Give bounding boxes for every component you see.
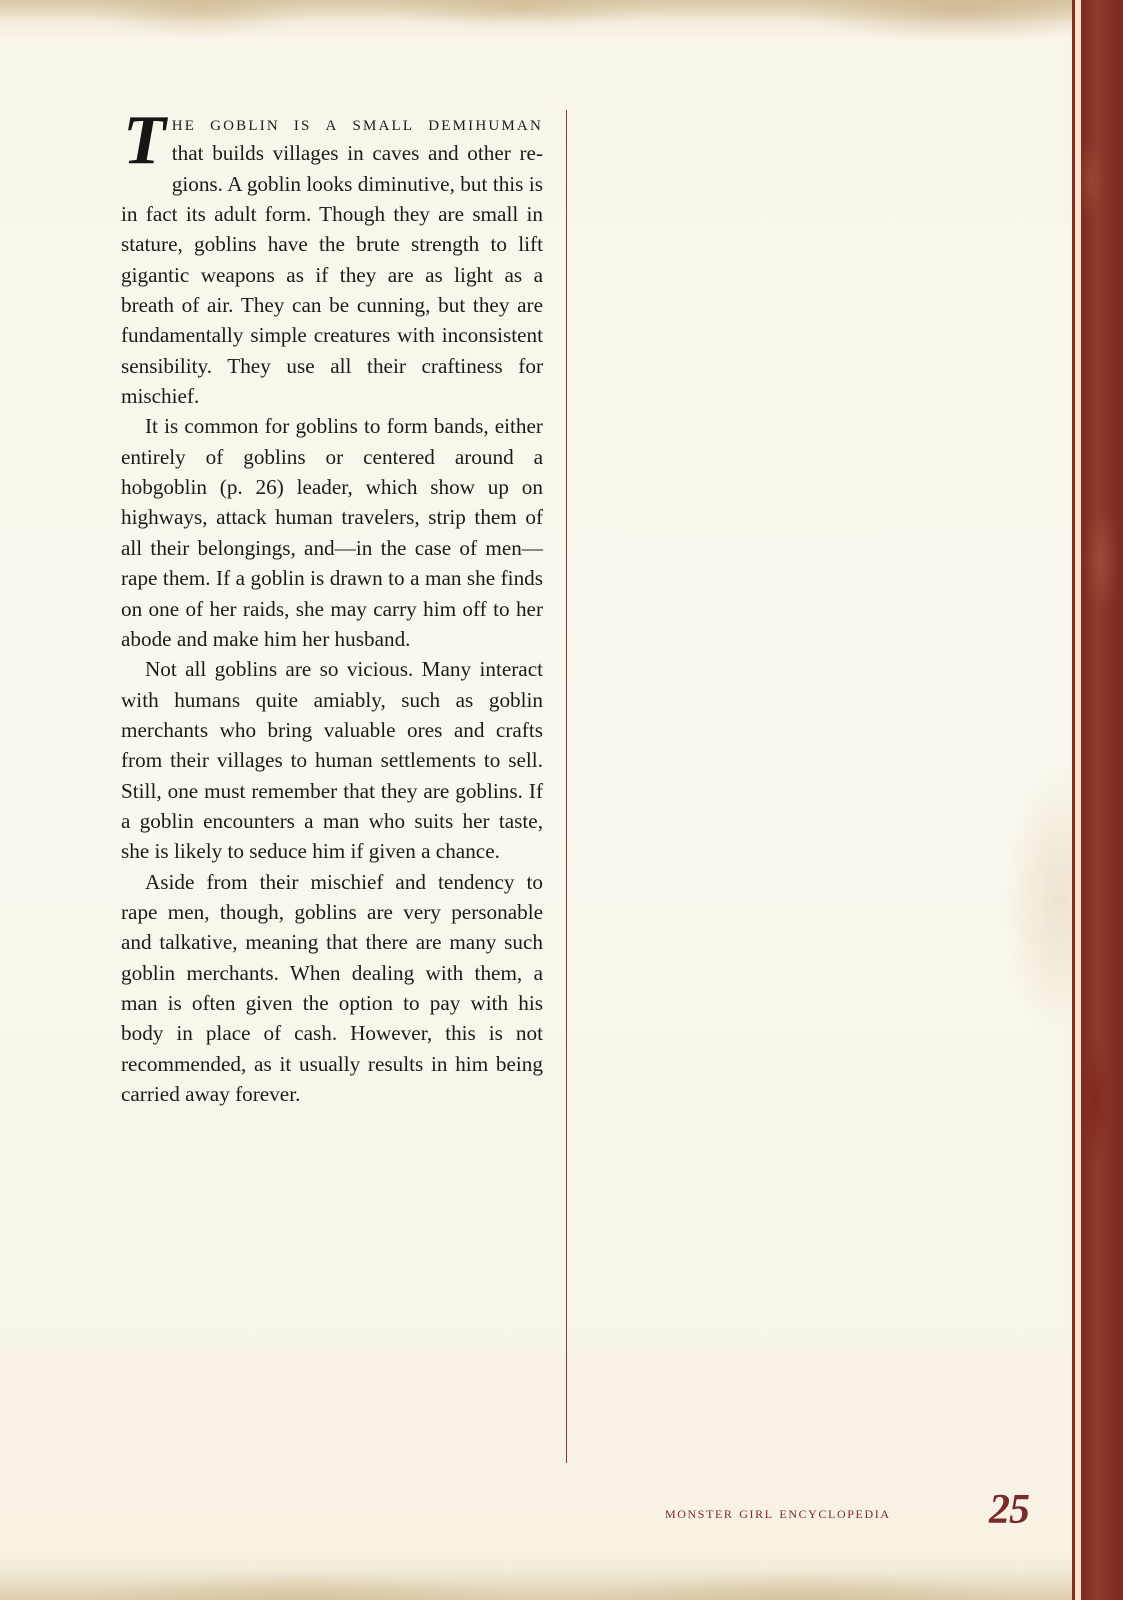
article-column: The goblin is a small demihuman that bui… xyxy=(121,108,543,1109)
running-footer-title: Monster Girl Encyclopedia xyxy=(665,1503,891,1523)
paragraph-4: Aside from their mischief and tendency t… xyxy=(121,867,543,1110)
paragraph-2: It is common for goblins to form bands, … xyxy=(121,411,543,654)
paragraph-1-body: that builds villages in caves and other … xyxy=(121,141,543,408)
paragraph-1: The goblin is a small demihuman that bui… xyxy=(121,108,543,411)
paragraph-3: Not all goblins are so vicious. Many int… xyxy=(121,654,543,866)
drop-cap: T xyxy=(123,112,166,170)
lead-in: he goblin is a small demihuman xyxy=(172,111,543,135)
edge-decorative-band xyxy=(1081,0,1123,1600)
top-paper-stain xyxy=(0,0,1072,22)
bottom-paper-stain xyxy=(0,1570,1072,1600)
column-divider-rule xyxy=(566,110,567,1463)
page-number: 25 xyxy=(989,1486,1029,1534)
